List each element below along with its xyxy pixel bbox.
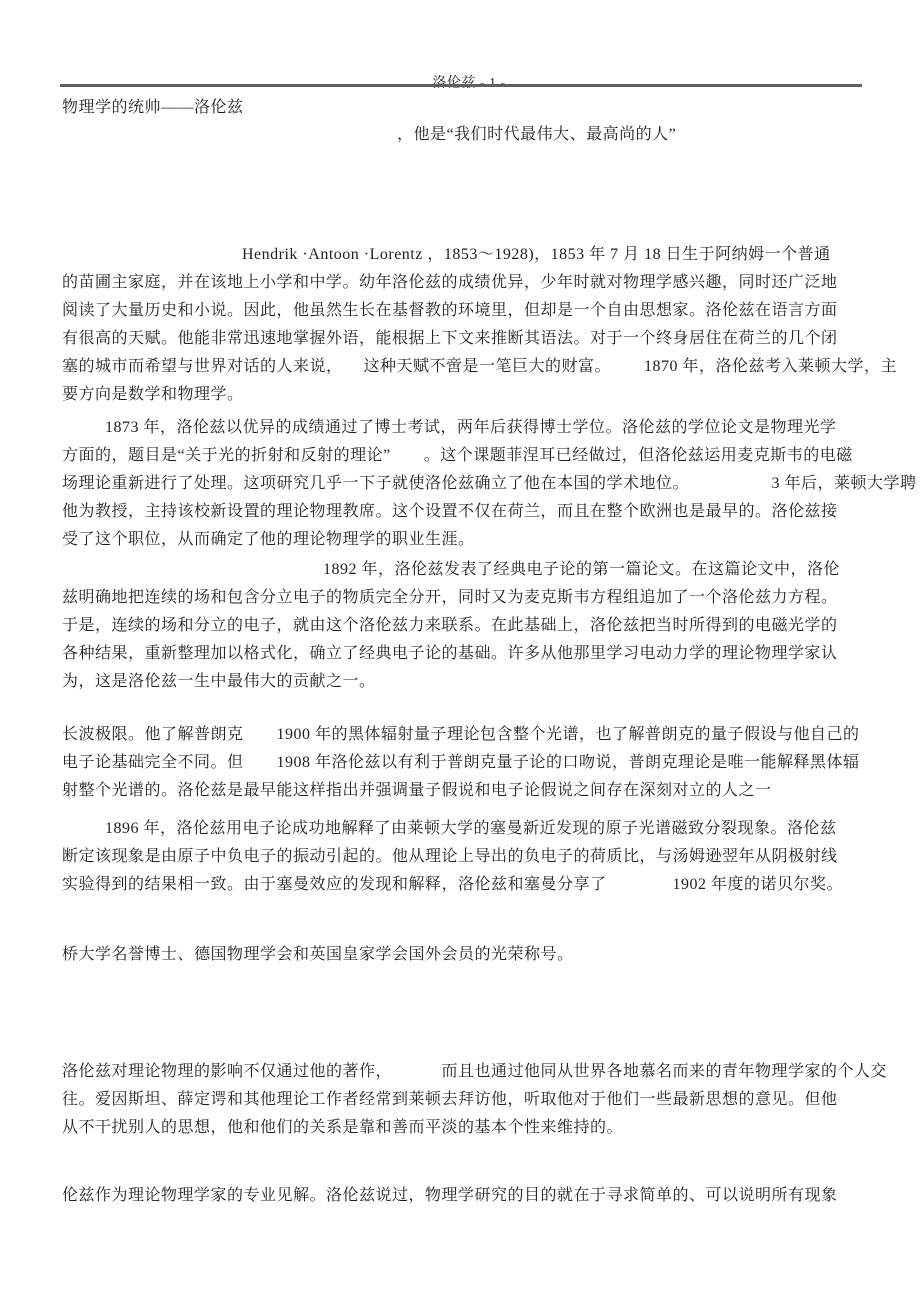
paragraph-honors: 桥大学名誉博士、德国物理学会和英国皇家学会国外会员的光荣称号。 <box>62 941 872 969</box>
text-line: 塞的城市而希望与世界对话的人来说， 这种天赋不啻是一笔巨大的财富。 1870 年… <box>62 353 872 381</box>
text-line: 电子论基础完全不同。但 1908 年洛伦兹以有利于普朗克量子论的口吻说，普朗克理… <box>62 749 872 777</box>
document-subtitle-quote: ，他是“我们时代最伟大、最高尚的人” <box>397 121 676 144</box>
paragraph-electron-theory-1892: 1892 年，洛伦兹发表了经典电子论的第一篇论文。在这篇论文中，洛伦兹明确地把连… <box>62 556 872 696</box>
header-rule-divider <box>60 84 862 87</box>
paragraph-intro: Hendrik ·Antoon ·Lorentz ，1853～1928)，185… <box>62 241 872 409</box>
text-line: 方面的，题目是“关于光的折射和反射的理论” 。这个课题菲涅耳已经做过，但洛伦兹运… <box>62 442 872 470</box>
paragraph-influence: 洛伦兹对理论物理的影响不仅通过他的著作， 而且也通过他同从世界各地慕名而来的青年… <box>62 1058 872 1142</box>
document-title: 物理学的统帅——洛伦兹 <box>62 94 244 117</box>
text-line: 射整个光谱的。洛伦兹是最早能这样指出并强调量子假说和电子论假说之间存在深刻对立的… <box>62 777 872 805</box>
paragraph-phd-1873: 1873 年，洛伦兹以优异的成绩通过了博士考试，两年后获得博士学位。洛伦兹的学位… <box>62 414 872 554</box>
text-line: 往。爱因斯坦、薛定谔和其他理论工作者经常到莱顿去拜访他，听取他对于他们一些最新思… <box>62 1086 872 1114</box>
text-line: Hendrik ·Antoon ·Lorentz ，1853～1928)，185… <box>62 241 872 269</box>
text-line: 场理论重新进行了处理。这项研究几乎一下子就使洛伦兹确立了他在本国的学术地位。 3… <box>62 470 872 498</box>
text-line: 要方向是数学和物理学。 <box>62 381 872 409</box>
text-line: 1896 年，洛伦兹用电子论成功地解释了由莱顿大学的塞曼新近发现的原子光谱磁致分… <box>62 815 872 843</box>
text-line: 实验得到的结果相一致。由于塞曼效应的发现和解释，洛伦兹和塞曼分享了 1902 年… <box>62 871 872 899</box>
text-line: 有很高的天赋。他能非常迅速地掌握外语，能根据上下文来推断其语法。对于一个终身居住… <box>62 325 872 353</box>
paragraph-zeeman-1896: 1896 年，洛伦兹用电子论成功地解释了由莱顿大学的塞曼新近发现的原子光谱磁致分… <box>62 815 872 899</box>
text-line: 为，这是洛伦兹一生中最伟大的贡献之一。 <box>62 668 872 696</box>
paragraph-professional-view: 伦兹作为理论物理学家的专业见解。洛伦兹说过，物理学研究的目的就在于寻求简单的、可… <box>62 1182 872 1210</box>
text-line: 兹明确地把连续的场和包含分立电子的物质完全分开，同时又为麦克斯韦方程组追加了一个… <box>62 584 872 612</box>
text-line: 洛伦兹对理论物理的影响不仅通过他的著作， 而且也通过他同从世界各地慕名而来的青年… <box>62 1058 872 1086</box>
text-line: 桥大学名誉博士、德国物理学会和英国皇家学会国外会员的光荣称号。 <box>62 941 872 969</box>
document-page: 洛伦兹 - 1 - 物理学的统帅——洛伦兹 ，他是“我们时代最伟大、最高尚的人”… <box>0 0 920 1303</box>
text-line: 断定该现象是由原子中负电子的振动引起的。他从理论上导出的负电子的荷质比，与汤姆逊… <box>62 843 872 871</box>
text-line: 从不干扰别人的思想，他和他们的关系是靠和善而平淡的基本个性来维持的。 <box>62 1114 872 1142</box>
text-line: 各种结果，重新整理加以格式化，确立了经典电子论的基础。许多从他那里学习电动力学的… <box>62 640 872 668</box>
text-line: 他为教授，主持该校新设置的理论物理教席。这个设置不仅在荷兰，而且在整个欧洲也是最… <box>62 498 872 526</box>
text-line: 伦兹作为理论物理学家的专业见解。洛伦兹说过，物理学研究的目的就在于寻求简单的、可… <box>62 1182 872 1210</box>
paragraph-planck-quantum: 长波极限。他了解普朗克 1900 年的黑体辐射量子理论包含整个光谱，也了解普朗克… <box>62 721 872 805</box>
text-line: 阅读了大量历史和小说。因此，他虽然生长在基督教的环境里，但却是一个自由思想家。洛… <box>62 297 872 325</box>
text-line: 1892 年，洛伦兹发表了经典电子论的第一篇论文。在这篇论文中，洛伦 <box>62 556 872 584</box>
text-line: 受了这个职位，从而确定了他的理论物理学的职业生涯。 <box>62 526 872 554</box>
text-line: 1873 年，洛伦兹以优异的成绩通过了博士考试，两年后获得博士学位。洛伦兹的学位… <box>62 414 872 442</box>
text-line: 的苗圃主家庭，并在该地上小学和中学。幼年洛伦兹的成绩优异，少年时就对物理学感兴趣… <box>62 269 872 297</box>
text-line: 于是，连续的场和分立的电子，就由这个洛伦兹力来联系。在此基础上，洛伦兹把当时所得… <box>62 612 872 640</box>
text-line: 长波极限。他了解普朗克 1900 年的黑体辐射量子理论包含整个光谱，也了解普朗克… <box>62 721 872 749</box>
